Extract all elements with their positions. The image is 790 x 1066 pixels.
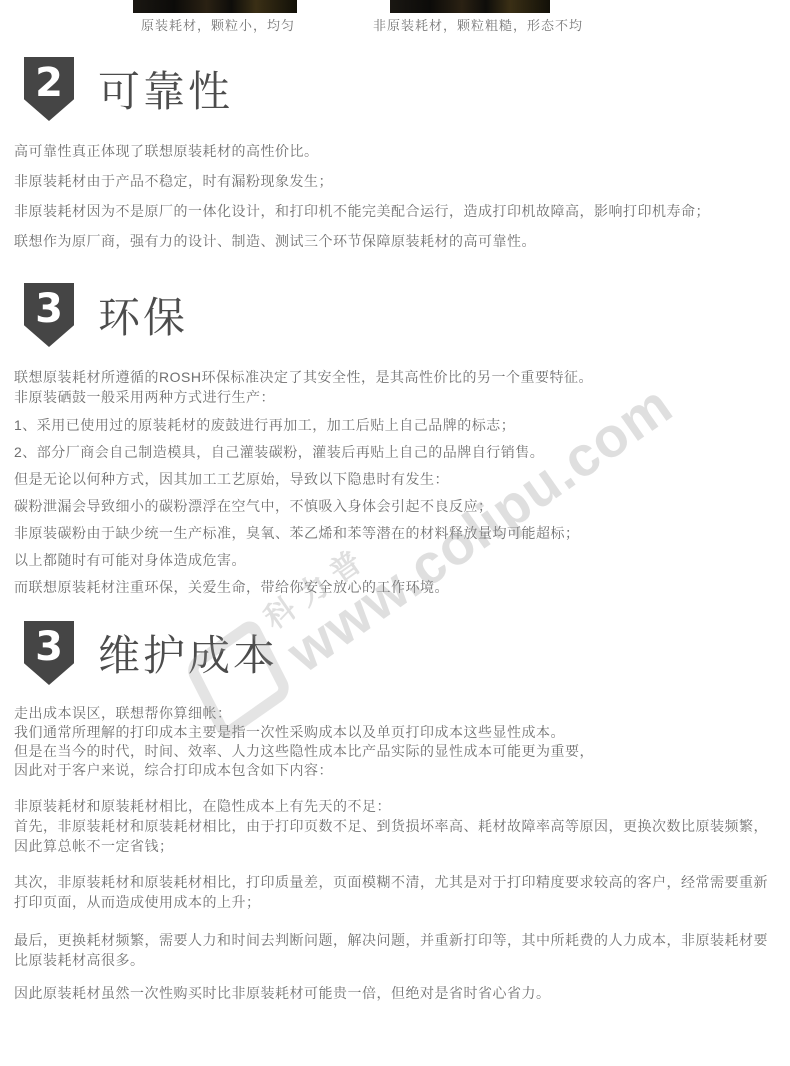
paragraph: 我们通常所理解的打印成本主要是指一次性采购成本以及单页打印成本这些显性成本。 <box>14 723 782 742</box>
paragraph: 1、采用已使用过的原装耗材的废鼓进行再加工，加工后贴上自己品牌的标志； <box>14 416 782 434</box>
section-number-badge: 3 <box>24 621 74 685</box>
section-title-maintenance-cost: 维护成本 <box>98 623 278 683</box>
section-number-badge: 2 <box>24 57 74 121</box>
caption-original-toner: 原装耗材，颗粒小，均匀 <box>138 15 298 34</box>
paragraph: 首先，非原装耗材和原装耗材相比，由于打印页数不足、到货损坏率高、耗材故障率高等原… <box>14 816 782 856</box>
section-header-maintenance-cost: 3 维护成本 <box>24 621 278 685</box>
original-toner-photo <box>133 0 297 13</box>
paragraph: 但是在当今的时代，时间、效率、人力这些隐性成本比产品实际的显性成本可能更为重要， <box>14 742 782 761</box>
paragraph: 而联想原装耗材注重环保，关爱生命，带给你安全放心的工作环境。 <box>14 578 782 596</box>
paragraph: 联想原装耗材所遵循的ROSH环保标准决定了其安全性，是其高性价比的另一个重要特征… <box>14 368 782 386</box>
paragraph: 碳粉泄漏会导致细小的碳粉漂浮在空气中，不慎吸入身体会引起不良反应； <box>14 497 782 515</box>
paragraph-group: 非原装耗材和原装耗材相比，在隐性成本上有先天的不足： 首先，非原装耗材和原装耗材… <box>14 796 782 856</box>
section-title-reliability: 可靠性 <box>98 59 233 119</box>
non-original-toner-photo <box>390 0 550 13</box>
product-detail-page: 原装耗材，颗粒小，均匀 非原装耗材，颗粒粗糙，形态不均 科力普 www.coli… <box>0 0 790 1066</box>
paragraph: 非原装耗材因为不是原厂的一体化设计，和打印机不能完美配合运行，造成打印机故障高，… <box>14 202 782 220</box>
paragraph: 高可靠性真正体现了联想原装耗材的高性价比。 <box>14 142 782 160</box>
paragraph: 以上都随时有可能对身体造成危害。 <box>14 551 782 569</box>
environment-text: 联想原装耗材所遵循的ROSH环保标准决定了其安全性，是其高性价比的另一个重要特征… <box>14 368 782 605</box>
section-number-badge: 3 <box>24 283 74 347</box>
paragraph-group: 其次，非原装耗材和原装耗材相比，打印质量差，页面模糊不清，尤其是对于打印精度要求… <box>14 872 782 912</box>
maintenance-cost-text: 走出成本误区，联想帮你算细帐： 我们通常所理解的打印成本主要是指一次性采购成本以… <box>14 704 782 1019</box>
paragraph: 非原装碳粉由于缺少统一生产标准，臭氧、苯乙烯和苯等潜在的材料释放量均可能超标； <box>14 524 782 542</box>
paragraph: 但是无论以何种方式，因其加工工艺原始，导致以下隐患时有发生： <box>14 470 782 488</box>
paragraph: 非原装耗材由于产品不稳定，时有漏粉现象发生； <box>14 172 782 190</box>
reliability-text: 高可靠性真正体现了联想原装耗材的高性价比。 非原装耗材由于产品不稳定，时有漏粉现… <box>14 142 782 262</box>
paragraph: 非原装耗材和原装耗材相比，在隐性成本上有先天的不足： <box>14 796 782 816</box>
paragraph: 走出成本误区，联想帮你算细帐： <box>14 704 782 723</box>
paragraph: 因此对于客户来说，综合打印成本包含如下内容： <box>14 761 782 780</box>
paragraph: 2、部分厂商会自己制造模具，自己灌装碳粉，灌装后再贴上自己的品牌自行销售。 <box>14 443 782 461</box>
paragraph: 因此原装耗材虽然一次性购买时比非原装耗材可能贵一倍，但绝对是省时省心省力。 <box>14 984 782 1003</box>
section-number: 3 <box>35 283 63 335</box>
section-header-environment: 3 环保 <box>24 283 188 347</box>
paragraph: 非原装硒鼓一般采用两种方式进行生产： <box>14 388 782 406</box>
section-number: 2 <box>35 57 63 109</box>
paragraph-group: 走出成本误区，联想帮你算细帐： 我们通常所理解的打印成本主要是指一次性采购成本以… <box>14 704 782 780</box>
section-title-environment: 环保 <box>98 285 188 345</box>
caption-non-original-toner: 非原装耗材，颗粒粗糙，形态不均 <box>367 15 589 34</box>
paragraph: 其次，非原装耗材和原装耗材相比，打印质量差，页面模糊不清，尤其是对于打印精度要求… <box>14 872 782 912</box>
paragraph: 联想作为原厂商，强有力的设计、制造、测试三个环节保障原装耗材的高可靠性。 <box>14 232 782 250</box>
paragraph-group: 最后，更换耗材频繁，需要人力和时间去判断问题，解决问题，并重新打印等，其中所耗费… <box>14 930 782 970</box>
section-header-reliability: 2 可靠性 <box>24 57 233 121</box>
section-number: 3 <box>35 621 63 673</box>
paragraph-group: 因此原装耗材虽然一次性购买时比非原装耗材可能贵一倍，但绝对是省时省心省力。 <box>14 984 782 1003</box>
paragraph: 最后，更换耗材频繁，需要人力和时间去判断问题，解决问题，并重新打印等，其中所耗费… <box>14 930 782 970</box>
